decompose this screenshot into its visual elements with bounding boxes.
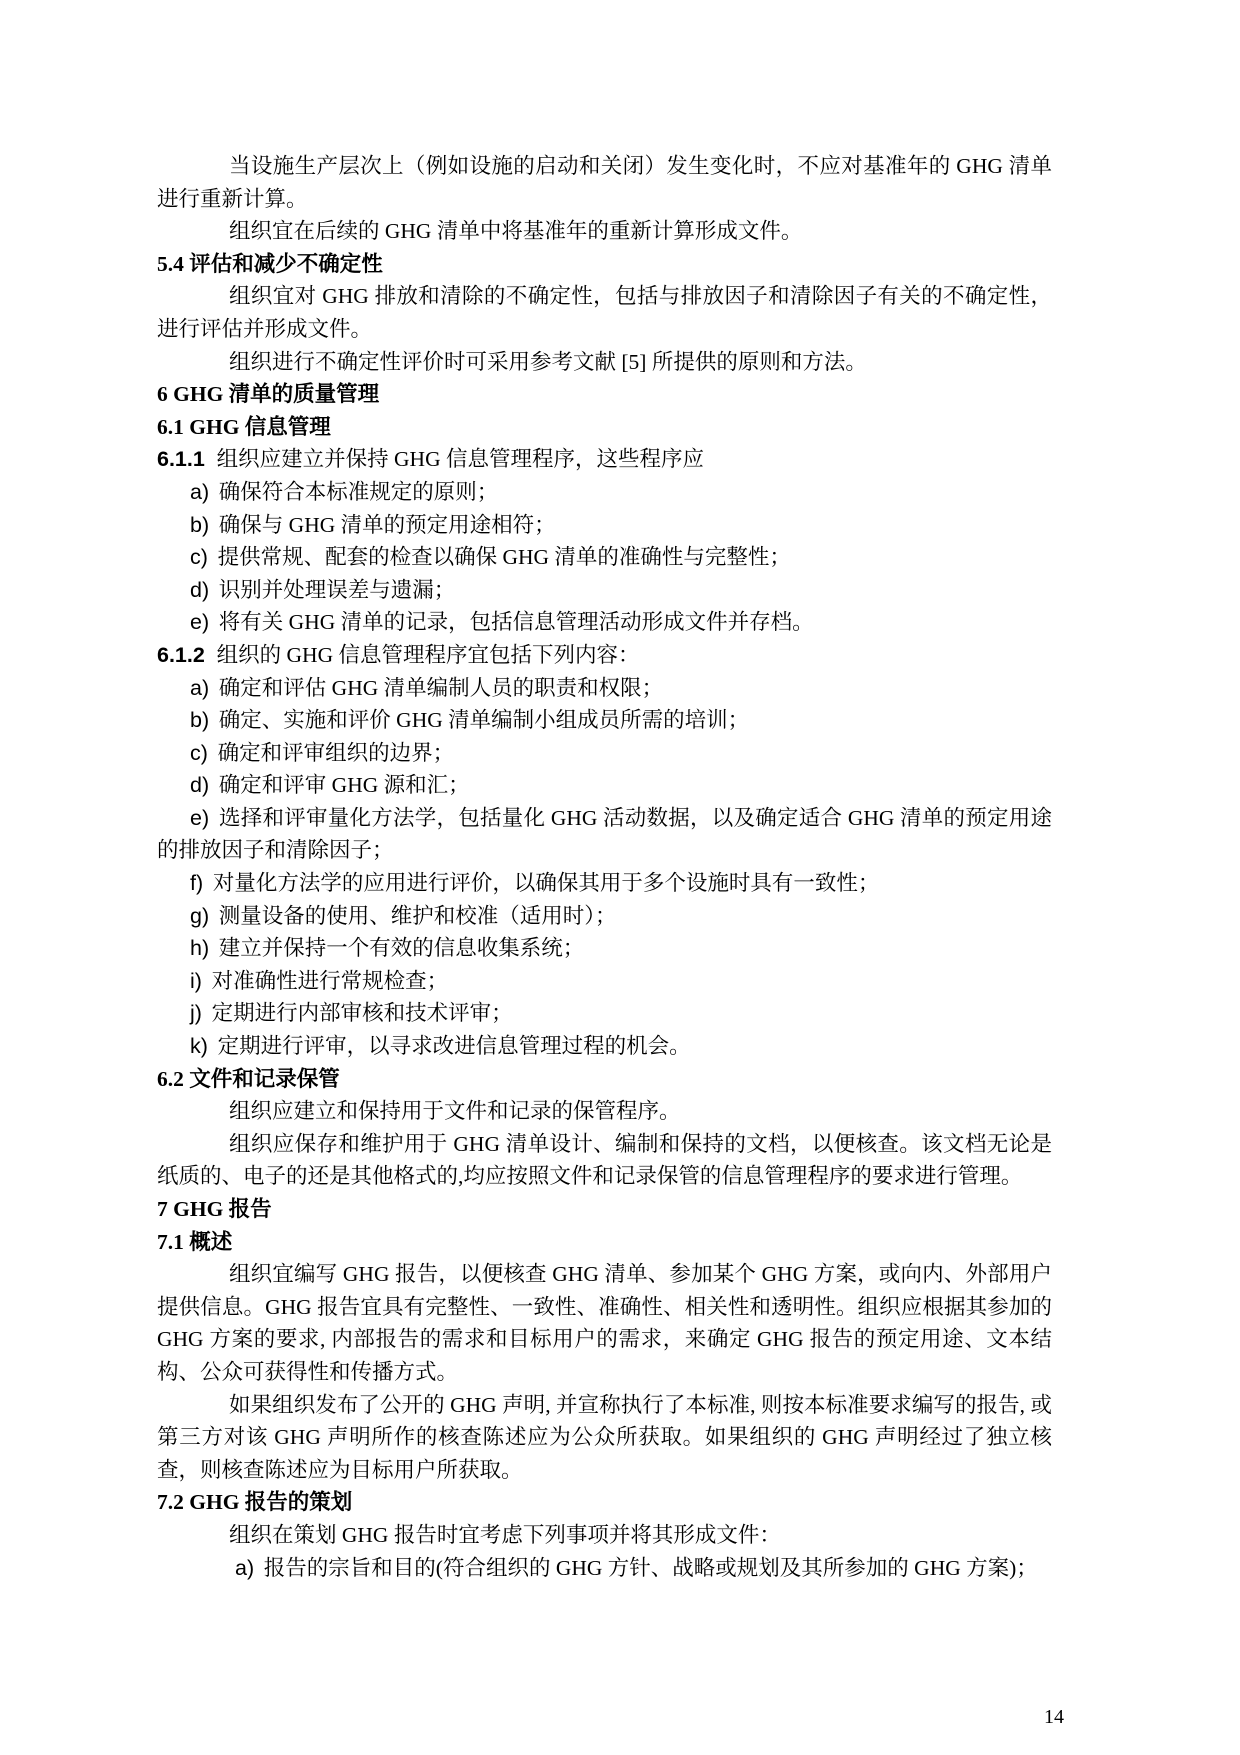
section-heading: 7.1 概述 <box>157 1226 1052 1259</box>
list-item-label: d) <box>190 578 209 602</box>
page-number: 14 <box>1044 1706 1064 1728</box>
body-paragraph: 组织进行不确定性评价时可采用参考文献 [5] 所提供的原则和方法。 <box>157 346 1052 379</box>
section-heading: 7 GHG 报告 <box>157 1193 1052 1226</box>
body-paragraph: 组织应建立和保持用于文件和记录的保管程序。 <box>157 1095 1052 1128</box>
document-page: 当设施生产层次上（例如设施的启动和关闭）发生变化时，不应对基准年的 GHG 清单… <box>0 0 1240 1755</box>
list-item-text: 确保符合本标准规定的原则； <box>219 480 499 504</box>
list-item: j)定期进行内部审核和技术评审； <box>157 997 1052 1030</box>
list-item-text: 测量设备的使用、维护和校准（适用时）； <box>219 904 617 928</box>
body-paragraph: 组织应保存和维护用于 GHG 清单设计、编制和保持的文档，以便核查。该文档无论是… <box>157 1128 1052 1193</box>
list-item-text: 建立并保持一个有效的信息收集系统； <box>219 936 585 960</box>
clause-paragraph: 6.1.1组织应建立并保持 GHG 信息管理程序，这些程序应 <box>157 443 1052 476</box>
body-paragraph: 当设施生产层次上（例如设施的启动和关闭）发生变化时，不应对基准年的 GHG 清单… <box>157 150 1052 215</box>
list-item: a)确定和评估 GHG 清单编制人员的职责和权限； <box>157 672 1052 705</box>
list-item: b)确定、实施和评价 GHG 清单编制小组成员所需的培训； <box>157 704 1052 737</box>
list-item-label: j) <box>190 1001 202 1025</box>
list-item-label: k) <box>190 1034 208 1058</box>
list-item-text: 确定、实施和评价 GHG 清单编制小组成员所需的培训； <box>219 708 749 732</box>
list-item-label: h) <box>190 936 209 960</box>
list-item: a)报告的宗旨和目的(符合组织的 GHG 方针、战略或规划及其所参加的 GHG … <box>157 1552 1052 1585</box>
list-item-text: 定期进行评审，以寻求改进信息管理过程的机会。 <box>218 1034 691 1058</box>
list-item-label: b) <box>190 708 209 732</box>
list-item-label: e) <box>190 806 209 830</box>
body-paragraph: 组织宜在后续的 GHG 清单中将基准年的重新计算形成文件。 <box>157 215 1052 248</box>
body-paragraph: 如果组织发布了公开的 GHG 声明, 并宣称执行了本标准, 则按本标准要求编写的… <box>157 1389 1052 1487</box>
list-item: b)确保与 GHG 清单的预定用途相符； <box>157 509 1052 542</box>
clause-text: 组织应建立并保持 GHG 信息管理程序，这些程序应 <box>217 447 704 471</box>
list-item-text: 确定和评审 GHG 源和汇； <box>219 773 470 797</box>
body-paragraph: 组织宜对 GHG 排放和清除的不确定性，包括与排放因子和清除因子有关的不确定性，… <box>157 280 1052 345</box>
list-item-label: a) <box>190 480 209 504</box>
section-heading: 6.1 GHG 信息管理 <box>157 411 1052 444</box>
body-paragraph: 组织宜编写 GHG 报告，以便核查 GHG 清单、参加某个 GHG 方案，或向内… <box>157 1258 1052 1388</box>
clause-number: 6.1.1 <box>157 447 205 471</box>
list-item-label: c) <box>190 545 208 569</box>
section-heading: 7.2 GHG 报告的策划 <box>157 1486 1052 1519</box>
clause-paragraph: 6.1.2组织的 GHG 信息管理程序宜包括下列内容： <box>157 639 1052 672</box>
list-item-text: 对准确性进行常规检查； <box>212 969 449 993</box>
list-item: c)确定和评审组织的边界； <box>157 737 1052 770</box>
page-footer: 14 <box>1044 1705 1064 1729</box>
list-item-text: 确保与 GHG 清单的预定用途相符； <box>219 513 556 537</box>
list-item: e)选择和评审量化方法学，包括量化 GHG 活动数据，以及确定适合 GHG 清单… <box>157 802 1052 867</box>
body-paragraph: 组织在策划 GHG 报告时宜考虑下列事项并将其形成文件： <box>157 1519 1052 1552</box>
list-item: k)定期进行评审，以寻求改进信息管理过程的机会。 <box>157 1030 1052 1063</box>
list-item: f)对量化方法学的应用进行评价，以确保其用于多个设施时具有一致性； <box>157 867 1052 900</box>
list-item-label: e) <box>190 610 209 634</box>
document-body: 当设施生产层次上（例如设施的启动和关闭）发生变化时，不应对基准年的 GHG 清单… <box>157 150 1052 1584</box>
list-item-text: 报告的宗旨和目的(符合组织的 GHG 方针、战略或规划及其所参加的 GHG 方案… <box>264 1556 1038 1580</box>
list-item-text: 提供常规、配套的检查以确保 GHG 清单的准确性与完整性； <box>218 545 791 569</box>
list-item: h)建立并保持一个有效的信息收集系统； <box>157 932 1052 965</box>
list-item-label: d) <box>190 773 209 797</box>
list-item-label: c) <box>190 741 208 765</box>
list-item-text: 定期进行内部审核和技术评审； <box>212 1001 513 1025</box>
list-item-label: a) <box>190 676 209 700</box>
list-item: i)对准确性进行常规检查； <box>157 965 1052 998</box>
list-item-text: 选择和评审量化方法学，包括量化 GHG 活动数据，以及确定适合 GHG 清单的预… <box>157 806 1052 863</box>
list-item-label: a) <box>235 1556 254 1580</box>
list-item-text: 将有关 GHG 清单的记录，包括信息管理活动形成文件并存档。 <box>219 610 814 634</box>
list-item-label: i) <box>190 969 202 993</box>
section-heading: 6 GHG 清单的质量管理 <box>157 378 1052 411</box>
list-item: d)识别并处理误差与遗漏； <box>157 574 1052 607</box>
section-heading: 6.2 文件和记录保管 <box>157 1063 1052 1096</box>
list-item-text: 识别并处理误差与遗漏； <box>219 578 456 602</box>
list-item-label: f) <box>190 871 203 895</box>
list-item: g)测量设备的使用、维护和校准（适用时）； <box>157 900 1052 933</box>
clause-number: 6.1.2 <box>157 643 205 667</box>
clause-text: 组织的 GHG 信息管理程序宜包括下列内容： <box>217 643 640 667</box>
section-heading: 5.4 评估和减少不确定性 <box>157 248 1052 281</box>
list-item-text: 确定和评估 GHG 清单编制人员的职责和权限； <box>219 676 663 700</box>
list-item: d)确定和评审 GHG 源和汇； <box>157 769 1052 802</box>
list-item-text: 确定和评审组织的边界； <box>218 741 455 765</box>
list-item: e)将有关 GHG 清单的记录，包括信息管理活动形成文件并存档。 <box>157 606 1052 639</box>
list-item: a)确保符合本标准规定的原则； <box>157 476 1052 509</box>
list-item-label: g) <box>190 904 209 928</box>
list-item-label: b) <box>190 513 209 537</box>
list-item-text: 对量化方法学的应用进行评价，以确保其用于多个设施时具有一致性； <box>213 871 880 895</box>
list-item: c)提供常规、配套的检查以确保 GHG 清单的准确性与完整性； <box>157 541 1052 574</box>
